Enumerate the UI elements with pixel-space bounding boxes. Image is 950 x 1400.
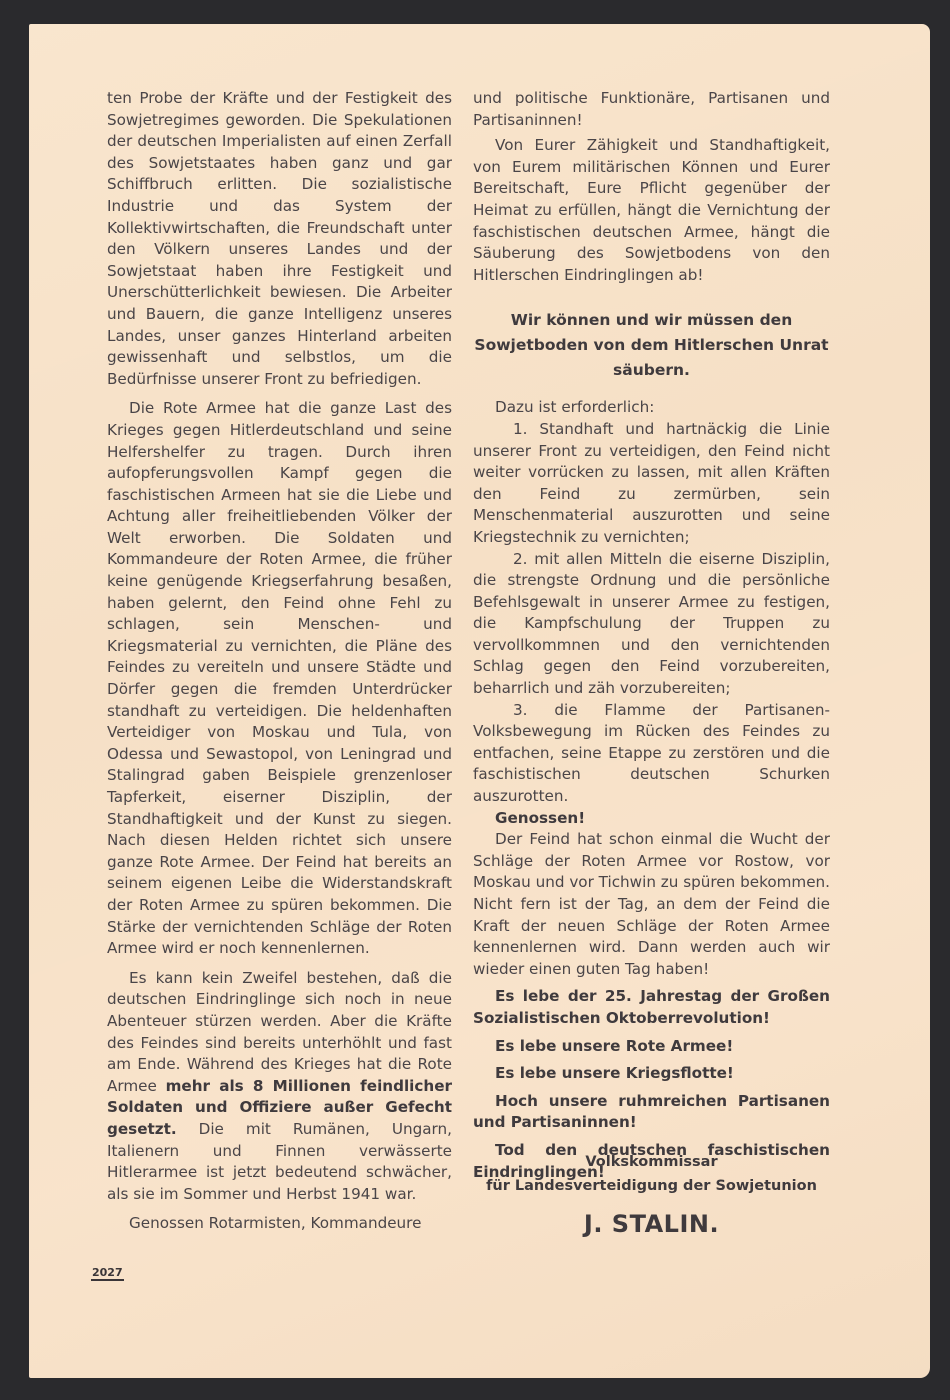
signature-title-1: Volkskommissar — [473, 1150, 830, 1174]
paragraph-red-army: Die Rote Armee hat die ganze Last des Kr… — [107, 398, 452, 959]
slogan-partisans: Hoch unsere ruhmreichen Partisanen und P… — [473, 1091, 830, 1134]
requirement-item-3: 3. die Flamme der Partisanen-Volksbewegu… — [473, 700, 830, 808]
requirement-item-2: 2. mit allen Mitteln die eiserne Diszipl… — [473, 549, 830, 700]
right-column: und politische Funktionäre, Partisanen u… — [473, 88, 830, 1183]
section-heading: Wir können und wir müssen den Sowjetbode… — [473, 308, 830, 383]
left-column: ten Probe der Kräfte und der Festigkeit … — [107, 88, 452, 1235]
paragraph-continued-address: und politische Funktionäre, Partisanen u… — [473, 88, 830, 131]
address-comrades: Genossen! — [473, 808, 830, 830]
slogan-navy: Es lebe unsere Kriegsflotte! — [473, 1063, 830, 1085]
paragraph-continuation: ten Probe der Kräfte und der Festigkeit … — [107, 88, 452, 390]
signature-name: J. STALIN. — [473, 1210, 830, 1238]
requirements-intro: Dazu ist erforderlich: — [473, 397, 830, 419]
paragraph-no-doubt: Es kann kein Zweifel bestehen, daß die d… — [107, 968, 452, 1206]
closing-line: Genossen Rotarmisten, Kommandeure — [107, 1213, 452, 1235]
paragraph-duty: Von Eurer Zähigkeit und Standhaftigkeit,… — [473, 135, 830, 286]
signature-title-2: für Landesverteidigung der Sowjetunion — [473, 1174, 830, 1198]
requirement-item-1: 1. Standhaft und hartnäckig die Linie un… — [473, 419, 830, 549]
slogan-anniversary: Es lebe der 25. Jahrestag der Großen Soz… — [473, 986, 830, 1029]
slogan-red-army: Es lebe unsere Rote Armee! — [473, 1036, 830, 1058]
paragraph-enemy: Der Feind hat schon einmal die Wucht der… — [473, 829, 830, 980]
signature-block: Volkskommissar für Landesverteidigung de… — [473, 1150, 830, 1238]
print-code: 2027 — [91, 1267, 124, 1281]
